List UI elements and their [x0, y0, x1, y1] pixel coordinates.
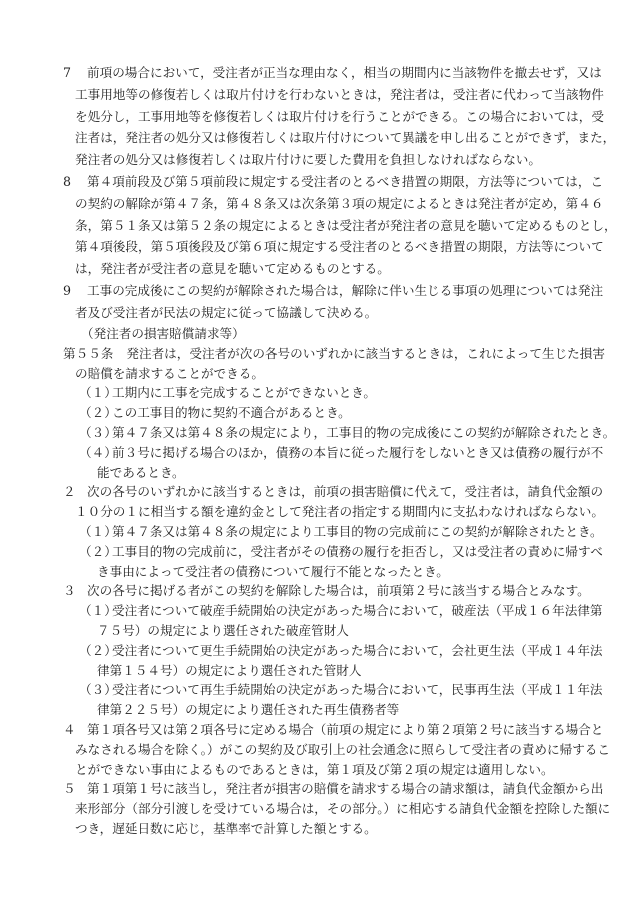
text-line: 者及び受注者が民法の規定に従って協議して決める。 — [63, 302, 568, 324]
paragraph-number: ２ — [63, 482, 87, 502]
numbered-paragraph: ２次の各号のいずれかに該当するときは，前項の損害賠償に代えて，受注者は，請負代金… — [63, 482, 568, 581]
paragraph-text: 工事の完成後にこの契約が解除された場合は，解除に伴い生じる事項の処理については発… — [87, 283, 603, 298]
paragraph-text: 受注者について更生手続開始の決定があった場合において，会社更生法（平成１４年法 — [112, 643, 603, 658]
paragraph-number: 7 — [63, 62, 87, 84]
paragraph-text: を処分し，工事用地等を修復若しくは取片付けを行うことができる。この場合においては… — [75, 109, 604, 124]
paragraph-text: 来形部分（部分引渡しを受けている場合は，その部分。）に相応する請負代金額を控除し… — [75, 801, 610, 816]
text-line: ７５号）の規定により選任された破産管財人 — [63, 621, 568, 641]
paragraph-text: 次の各号に掲げる者がこの契約を解除した場合は，前項第２号に該当する場合とみなす。 — [87, 583, 590, 598]
document-page: 7前項の場合において，受注者が正当な理由なく，相当の期間内に当該物件を撤去せず，… — [0, 0, 630, 903]
text-line: の賠償を請求することができる。 — [63, 364, 568, 384]
text-line: 能であるとき。 — [63, 463, 568, 483]
paragraph-text: 律第１５４号）の規定により選任された管財人 — [97, 663, 361, 678]
paragraph-number: （２） — [79, 403, 112, 423]
paragraph-text: 第１項各号又は第２項各号に定める場合（前項の規定により第２項第２号に該当する場合… — [87, 722, 603, 737]
paragraph-text: とができない事由によるものであるときは，第１項及び第２項の規定は適用しない。 — [75, 762, 554, 777]
paragraph-text: 工事目的物の完成前に，受注者がその債務の履行を拒否し，又は受注者の責めに帰すべ — [112, 544, 603, 559]
paragraph-number: （２） — [79, 542, 112, 562]
paragraph-text: 前項の場合において，受注者が正当な理由なく，相当の期間内に当該物件を撤去せず，又… — [87, 65, 602, 80]
numbered-paragraph: ４第１項各号又は第２項各号に定める場合（前項の規定により第２項第２号に該当する場… — [63, 720, 568, 779]
paragraph-number: ５ — [63, 779, 87, 799]
paragraph-text: 能であるとき。 — [97, 465, 185, 480]
paragraph-number: 9 — [63, 280, 87, 302]
text-line: 第５５条発注者は，受注者が次の各号のいずれかに該当するときは，これによって生じた… — [63, 344, 568, 364]
text-line: き事由によって受注者の債務について履行不能となったとき。 — [63, 562, 568, 582]
paragraph-text: 第４項前段及び第５項前段に規定する受注者のとるべき措置の期限，方法等については，… — [87, 174, 603, 189]
paragraph-number: （３） — [79, 423, 112, 443]
paragraph-text: 第４７条又は第４８条の規定により，工事目的物の完成後にこの契約が解除されたとき。 — [112, 425, 615, 440]
text-line: 工事用地等の修復若しくは取片付けを行わないときは，発注者は，受注者に代わって当該… — [63, 84, 568, 106]
paragraph-number: （４） — [79, 443, 112, 463]
section-a-paragraphs: 7前項の場合において，受注者が正当な理由なく，相当の期間内に当該物件を撤去せず，… — [63, 62, 568, 324]
paragraph-text: 条，第５１条又は第５２条の規定によるときは受注者が発注者の意見を聴いて定めるもの… — [75, 218, 617, 233]
text-line: ３次の各号に掲げる者がこの契約を解除した場合は，前項第２号に該当する場合とみなす… — [63, 581, 568, 601]
numbered-paragraph: 7前項の場合において，受注者が正当な理由なく，相当の期間内に当該物件を撤去せず，… — [63, 62, 568, 171]
article-55: 第５５条発注者は，受注者が次の各号のいずれかに該当するときは，これによって生じた… — [63, 344, 568, 483]
text-line: （１）工期内に工事を完成することができないとき。 — [63, 383, 568, 403]
article-text: 発注者は，受注者が次の各号のいずれかに該当するときは，これによって生じた損害 — [126, 346, 605, 361]
article-55-section: （発注者の損害賠償請求等）第５５条発注者は，受注者が次の各号のいずれかに該当する… — [63, 324, 568, 839]
text-line: は，発注者が受注者の意見を聴いて定めるものとする。 — [63, 258, 568, 280]
text-line: ４第１項各号又は第２項各号に定める場合（前項の規定により第２項第２号に該当する場… — [63, 720, 568, 740]
paragraph-text: この工事目的物に契約不適合があるとき。 — [112, 405, 351, 420]
text-line: 第４項後段，第５項後段及び第６項に規定する受注者のとるべき措置の期限，方法等につ… — [63, 236, 568, 258]
paragraph-text: 工事用地等の修復若しくは取片付けを行わないときは，発注者は，受注者に代わって当該… — [75, 87, 604, 102]
text-line: （２）受注者について更生手続開始の決定があった場合において，会社更生法（平成１４… — [63, 641, 568, 661]
text-line: ２次の各号のいずれかに該当するときは，前項の損害賠償に代えて，受注者は，請負代金… — [63, 482, 568, 502]
text-line: の契約の解除が第４７条，第４８条又は次条第３項の規定によるときは発注者が定め，第… — [63, 193, 568, 215]
text-line: みなされる場合を除く。）がこの契約及び取引上の社会通念に照らして受注者の責めに帰… — [63, 740, 568, 760]
article-heading: （発注者の損害賠償請求等） — [63, 324, 568, 344]
text-line: （１）受注者について破産手続開始の決定があった場合において，破産法（平成１６年法… — [63, 601, 568, 621]
paragraph-text: 注者は，発注者の処分又は修復若しくは取片付けについて異議を申し出ることができず，… — [75, 130, 615, 145]
paragraph-text: 前３号に掲げる場合のほか，債務の本旨に従った履行をしないとき又は債務の履行が不 — [112, 445, 603, 460]
paragraph-text: き事由によって受注者の債務について履行不能となったとき。 — [97, 564, 449, 579]
paragraph-number: ３ — [63, 581, 87, 601]
paragraph-text: の契約の解除が第４７条，第４８条又は次条第３項の規定によるときは発注者が定め，第… — [75, 196, 603, 211]
text-line: を処分し，工事用地等を修復若しくは取片付けを行うことができる。この場合においては… — [63, 106, 568, 128]
text-line: 注者は，発注者の処分又は修復若しくは取片付けについて異議を申し出ることができず，… — [63, 127, 568, 149]
text-line: 来形部分（部分引渡しを受けている場合は，その部分。）に相応する請負代金額を控除し… — [63, 799, 568, 819]
paragraph-number: 8 — [63, 171, 87, 193]
text-line: （４）前３号に掲げる場合のほか，債務の本旨に従った履行をしないとき又は債務の履行… — [63, 443, 568, 463]
paragraph-text: 第４７条又は第４８条の規定により工事目的物の完成前にこの契約が解除されたとき。 — [112, 524, 603, 539]
article-text: の賠償を請求することができる。 — [75, 366, 264, 381]
paragraph-text: 第４項後段，第５項後段及び第６項に規定する受注者のとるべき措置の期限，方法等につ… — [75, 239, 604, 254]
text-line: 条，第５１条又は第５２条の規定によるときは受注者が発注者の意見を聴いて定めるもの… — [63, 215, 568, 237]
paragraph-text: 第１項第１号に該当し，発注者が損害の賠償を請求する場合の請求額は，請負代金額から… — [87, 781, 603, 796]
text-line: （１）第４７条又は第４８条の規定により工事目的物の完成前にこの契約が解除されたと… — [63, 522, 568, 542]
paragraph-number: （１） — [79, 522, 112, 542]
numbered-paragraph: 8第４項前段及び第５項前段に規定する受注者のとるべき措置の期限，方法等については… — [63, 171, 568, 280]
text-line: とができない事由によるものであるときは，第１項及び第２項の規定は適用しない。 — [63, 760, 568, 780]
paragraph-text: 次の各号のいずれかに該当するときは，前項の損害賠償に代えて，受注者は，請負代金額… — [87, 484, 603, 499]
paragraph-text: 者及び受注者が民法の規定に従って協議して決める。 — [75, 305, 377, 320]
paragraph-text: ７５号）の規定により選任された破産管財人 — [97, 623, 349, 638]
numbered-paragraph: ３次の各号に掲げる者がこの契約を解除した場合は，前項第２号に該当する場合とみなす… — [63, 581, 568, 720]
paragraph-number: （２） — [79, 641, 112, 661]
paragraph-text: １０分の１に相当する額を違約金として発注者の指定する期間内に支払わなければならな… — [75, 504, 604, 519]
text-line: 8第４項前段及び第５項前段に規定する受注者のとるべき措置の期限，方法等については… — [63, 171, 568, 193]
text-line: 発注者の処分又は修復若しくは取片付けに要した費用を負担しなければならない。 — [63, 149, 568, 171]
text-line: ５第１項第１号に該当し，発注者が損害の賠償を請求する場合の請求額は，請負代金額か… — [63, 779, 568, 799]
numbered-paragraph: 9工事の完成後にこの契約が解除された場合は，解除に伴い生じる事項の処理については… — [63, 280, 568, 324]
text-line: （２）工事目的物の完成前に，受注者がその債務の履行を拒否し，又は受注者の責めに帰… — [63, 542, 568, 562]
paragraph-number: （１） — [79, 601, 112, 621]
text-line: 律第２２５号）の規定により選任された再生債務者等 — [63, 700, 568, 720]
article-label: 第５５条 — [63, 346, 113, 361]
text-line: 7前項の場合において，受注者が正当な理由なく，相当の期間内に当該物件を撤去せず，… — [63, 62, 568, 84]
text-line: （３）第４７条又は第４８条の規定により，工事目的物の完成後にこの契約が解除された… — [63, 423, 568, 443]
text-line: （２）この工事目的物に契約不適合があるとき。 — [63, 403, 568, 423]
paragraph-text: つき，遅延日数に応じ，基準率で計算した額とする。 — [75, 821, 377, 836]
text-line: つき，遅延日数に応じ，基準率で計算した額とする。 — [63, 819, 568, 839]
paragraph-text: 律第２２５号）の規定により選任された再生債務者等 — [97, 702, 399, 717]
numbered-paragraph: ５第１項第１号に該当し，発注者が損害の賠償を請求する場合の請求額は，請負代金額か… — [63, 779, 568, 838]
paragraph-text: 発注者の処分又は修復若しくは取片付けに要した費用を負担しなければならない。 — [75, 152, 541, 167]
paragraph-number: ４ — [63, 720, 87, 740]
paragraph-number: （３） — [79, 680, 112, 700]
text-line: １０分の１に相当する額を違約金として発注者の指定する期間内に支払わなければならな… — [63, 502, 568, 522]
paragraph-number: （１） — [79, 383, 112, 403]
paragraph-text: 受注者について破産手続開始の決定があった場合において，破産法（平成１６年法律第 — [112, 603, 603, 618]
paragraph-text: 工期内に工事を完成することができないとき。 — [112, 385, 376, 400]
text-line: （３）受注者について再生手続開始の決定があった場合において，民事再生法（平成１１… — [63, 680, 568, 700]
paragraph-text: 受注者について再生手続開始の決定があった場合において，民事再生法（平成１１年法 — [112, 682, 603, 697]
text-line: 律第１５４号）の規定により選任された管財人 — [63, 661, 568, 681]
text-line: 9工事の完成後にこの契約が解除された場合は，解除に伴い生じる事項の処理については… — [63, 280, 568, 302]
paragraph-text: は，発注者が受注者の意見を聴いて定めるものとする。 — [75, 261, 390, 276]
paragraph-text: みなされる場合を除く。）がこの契約及び取引上の社会通念に照らして受注者の責めに帰… — [75, 742, 610, 757]
